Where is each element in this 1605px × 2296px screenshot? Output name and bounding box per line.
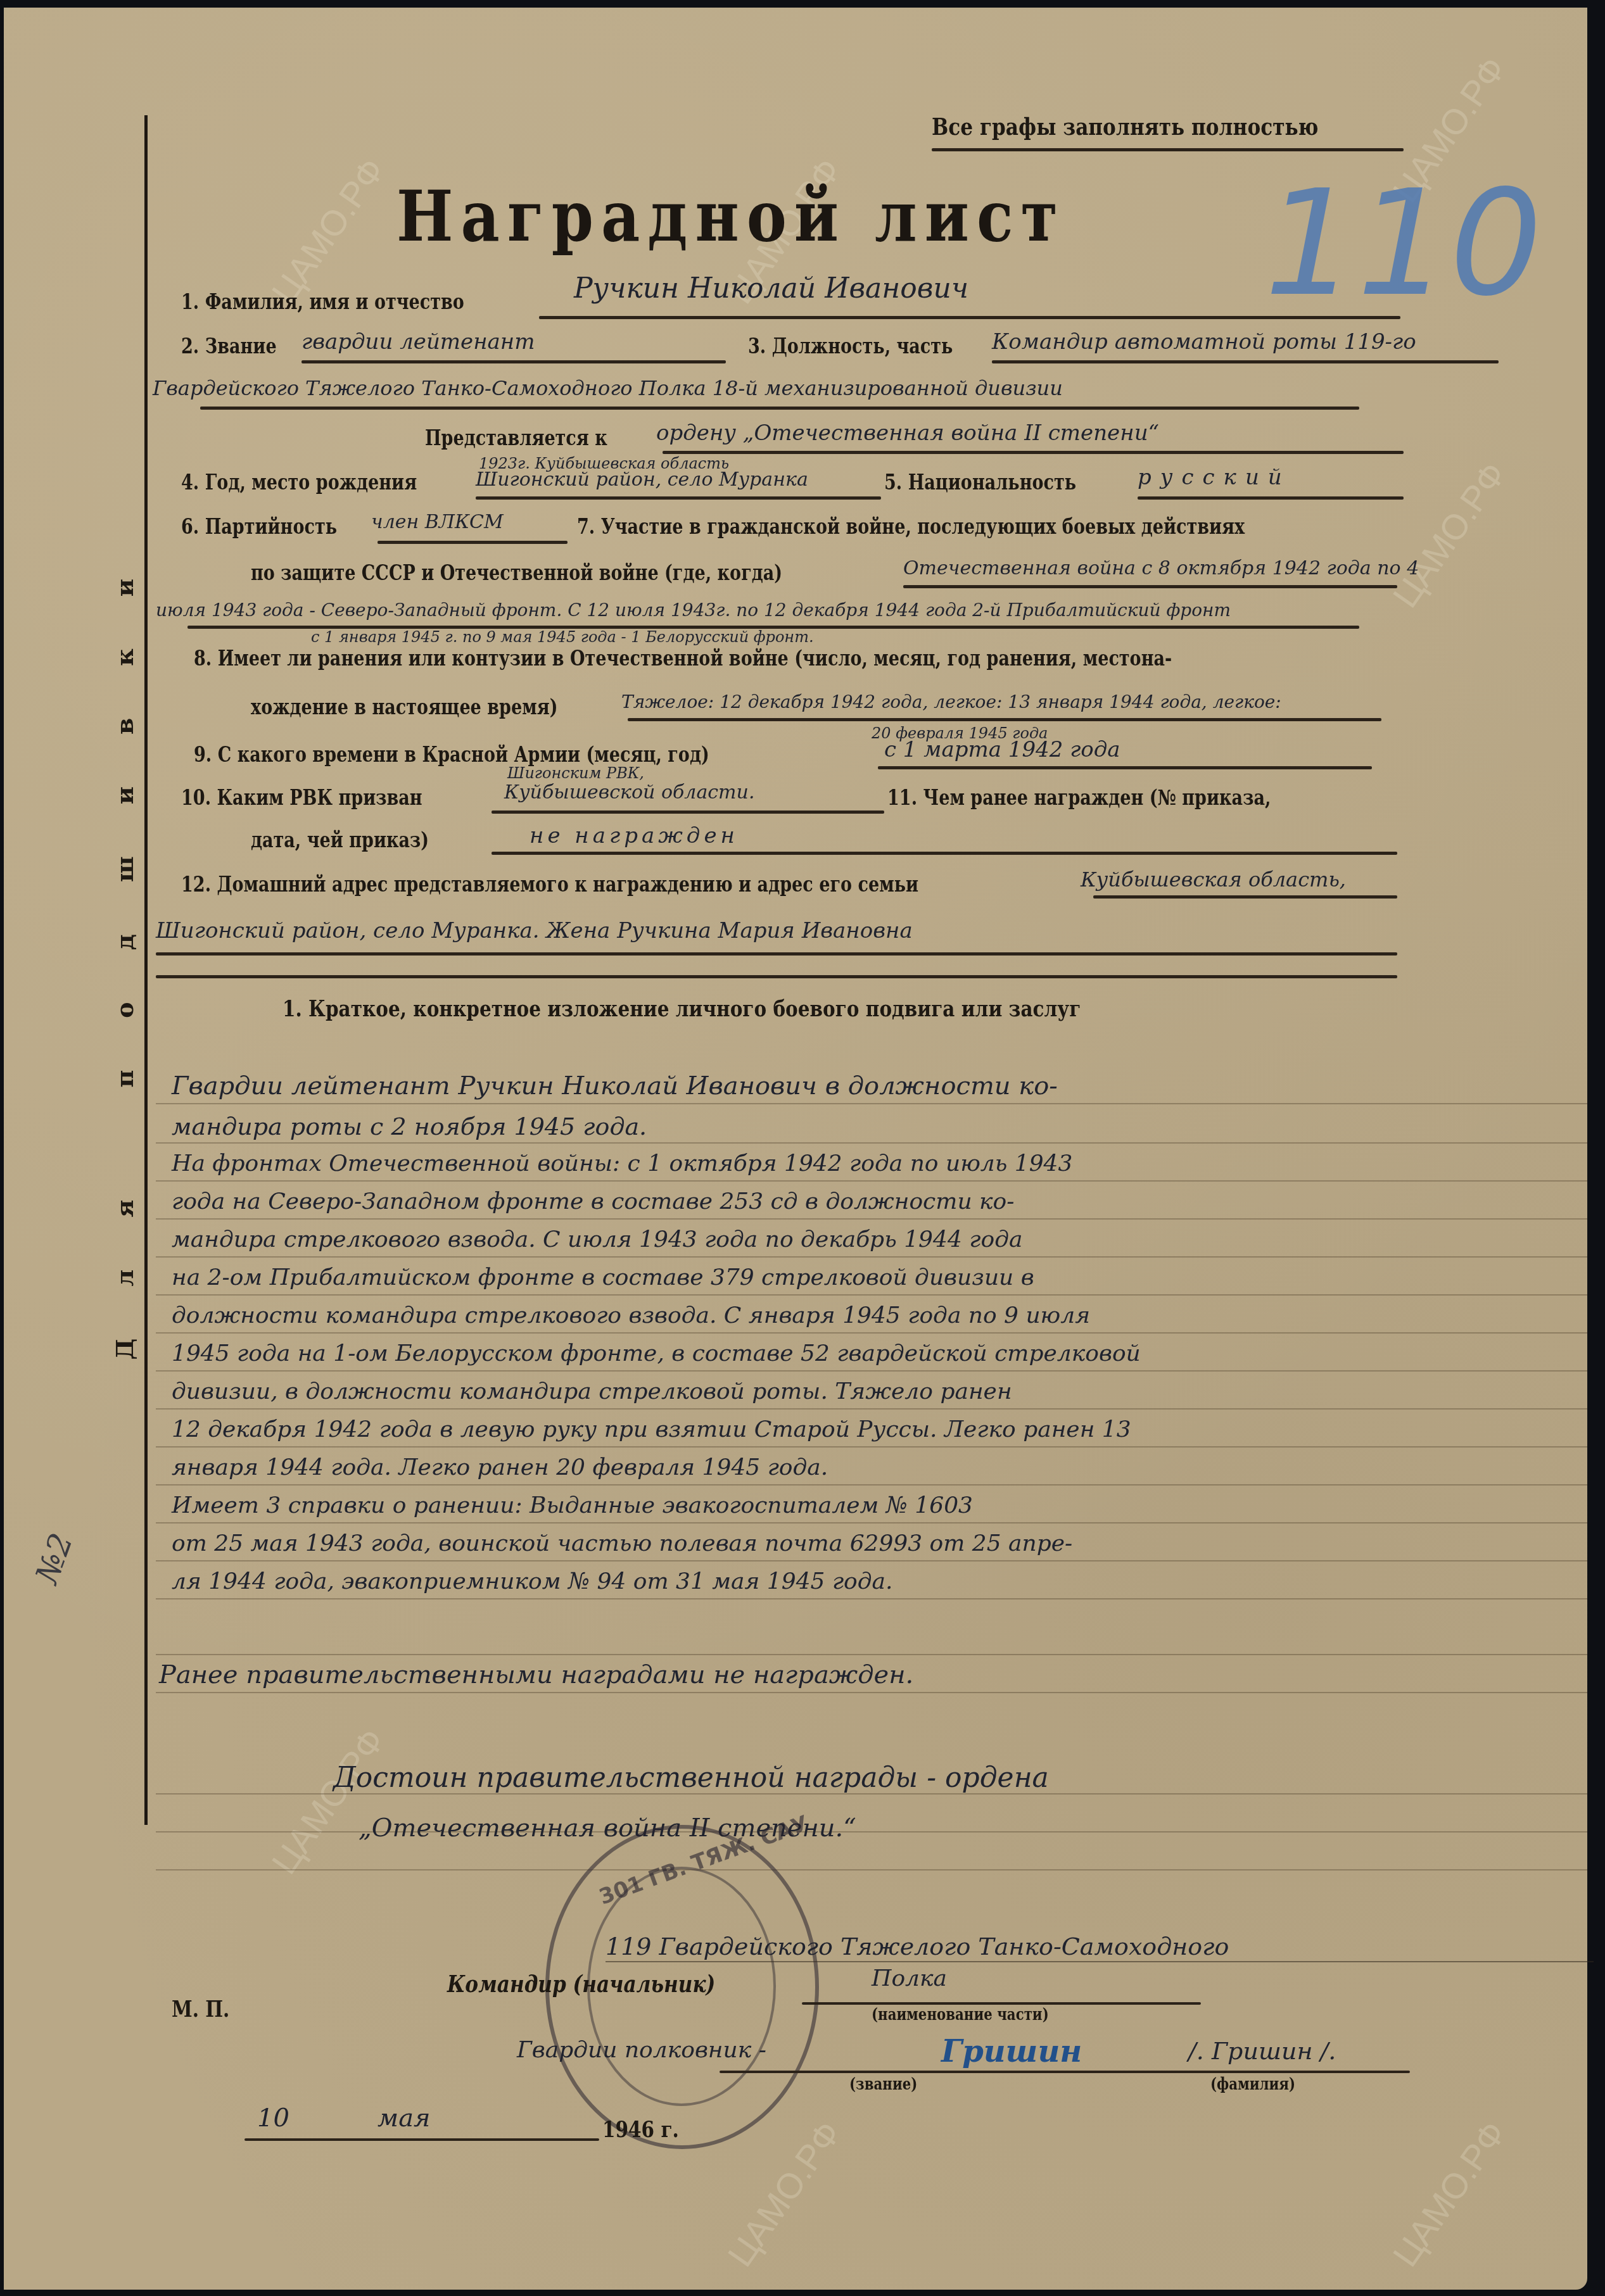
margin-note: №2 [29, 1529, 80, 1588]
field-11-underline [492, 852, 1397, 855]
date-month: мая [377, 2104, 431, 2133]
watermark: ЦАМО.РФ [263, 151, 393, 311]
field-12-underline [1093, 895, 1397, 899]
field-10-value: Куйбышевской области. [504, 781, 754, 804]
feat-heading: 1. Краткое, конкретное изложение личного… [282, 995, 1081, 1022]
rank-value: Гвардии полковник - [517, 2037, 766, 2063]
field-12-value-2: Шигонский район, село Муранка. Жена Ручк… [156, 918, 913, 943]
field-11-value: не награжден [530, 823, 739, 848]
date-day: 10 [257, 2104, 289, 2133]
field-7-value: Отечественная война с 8 октября 1942 год… [903, 557, 1419, 579]
document-page: ЦАМО.РФ ЦАМО.РФ ЦАМО.РФ ЦАМО.РФ ЦАМО.РФ … [4, 8, 1587, 2290]
field-3-underline-2 [200, 407, 1359, 410]
field-9-underline [878, 766, 1372, 769]
feat-line: года на Северо-Западном фронте в составе… [172, 1189, 1014, 1214]
field-8-label: 8. Имеет ли ранения или контузии в Отече… [194, 646, 1172, 671]
field-8-label-2: хождение в настоящее время) [251, 695, 557, 719]
field-5-value: русский [1138, 465, 1291, 490]
feat-line: ля 1944 года, эвакоприемником № 94 от 31… [172, 1568, 892, 1594]
signature-mark: Гришин [941, 2034, 1082, 2069]
field-5-label: 5. Национальность [884, 470, 1076, 495]
presented-label: Представляется к [425, 426, 607, 450]
presented-underline [663, 451, 1404, 454]
field-12-label: 12. Домашний адрес представляемого к наг… [181, 872, 918, 897]
field-1-underline [539, 316, 1400, 319]
feat-line: Имеет 3 справки о ранении: Выданные эвак… [172, 1492, 973, 1518]
field-10-underline [492, 811, 884, 814]
feat-line: 12 декабря 1942 года в левую руку при вз… [172, 1416, 1131, 1442]
field-1-label: 1. Фамилия, имя и отчество [181, 289, 464, 314]
field-8-value: Тяжелое: 12 декабря 1942 года, легкое: 1… [621, 691, 1281, 712]
watermark: ЦАМО.РФ [263, 1721, 393, 1881]
field-3-label: 3. Должность, часть [748, 334, 953, 358]
field-7-value-3: с 1 января 1945 г. по 9 мая 1945 года - … [311, 628, 814, 646]
field-2-label: 2. Звание [181, 334, 277, 358]
field-12-value: Куйбышевская область, [1081, 867, 1346, 892]
field-9-label: 9. С какого времени в Красной Армии (мес… [194, 742, 709, 767]
watermark: ЦАМО.РФ [720, 2114, 849, 2274]
feat-line: от 25 мая 1943 года, воинской частью пол… [172, 1530, 1072, 1556]
watermark: ЦАМО.РФ [1385, 455, 1514, 615]
feat-line: Гвардии лейтенант Ручкин Николай Иванови… [172, 1071, 1058, 1101]
field-7-label-2: по защите СССР и Отечественной войне (гд… [251, 560, 782, 585]
field-3-value-cont: Гвардейского Тяжелого Танко-Самоходного … [153, 376, 1063, 400]
field-6-underline [377, 541, 568, 544]
field-9-value: с 1 марта 1942 года [884, 737, 1120, 762]
no-prior-awards: Ранее правительственными наградами не на… [159, 1660, 913, 1689]
presented-value: ордену „Отечественная война II степени“ [656, 420, 1159, 446]
signature-unit-line: 119 Гвардейского Тяжелого Танко-Самоходн… [606, 1933, 1229, 1960]
date-underline [244, 2138, 599, 2141]
unit-underline [802, 2002, 1201, 2005]
field-11-label-2: дата, чей приказ) [251, 828, 429, 852]
feat-line: дивизии, в должности командира стрелково… [172, 1378, 1012, 1404]
field-1-value: Ручкин Николай Иванович [574, 272, 968, 305]
surname-caption: (фамилия) [1210, 2075, 1295, 2094]
rank-caption: (звание) [849, 2075, 917, 2094]
margin-label: Для подшивки [110, 527, 148, 1359]
field-6-label: 6. Партийность [181, 514, 337, 539]
field-7-underline [903, 585, 1397, 588]
unit-caption: (наименование части) [872, 2005, 1049, 2024]
field-5-underline [1138, 496, 1404, 500]
archive-number: 110 [1264, 160, 1542, 329]
field-4-label: 4. Год, место рождения [181, 470, 417, 495]
field-11-label: 11. Чем ранее награжден (№ приказа, [887, 785, 1271, 810]
field-10-value-top: Шигонским РВК, [507, 764, 644, 782]
feat-line: должности командира стрелкового взвода. … [172, 1303, 1090, 1328]
field-8-underline [628, 718, 1381, 721]
feat-line: на 2-ом Прибалтийском фронте в составе 3… [172, 1265, 1034, 1290]
field-2-underline [301, 360, 726, 363]
seal-place-label: М. П. [172, 1996, 229, 2022]
signature-underline [720, 2071, 1410, 2073]
instruction-text: Все графы заполнять полностью [932, 112, 1319, 141]
field-3-underline [992, 360, 1499, 363]
feat-line: января 1944 года. Легко ранен 20 февраля… [172, 1454, 828, 1480]
field-7-label: 7. Участие в гражданской войне, последую… [577, 514, 1245, 539]
field-3-value: Командир автоматной роты 119-го [992, 329, 1416, 355]
field-4-underline [476, 496, 881, 500]
field-12-underline-2 [156, 952, 1397, 956]
feat-line: На фронтах Отечественной войны: с 1 октя… [172, 1151, 1072, 1176]
conclusion-line-1: Достоин правительственной награды - орде… [333, 1762, 1049, 1794]
field-10-label: 10. Каким РВК призван [181, 785, 422, 810]
commander-label: Командир (начальник) [447, 1969, 715, 1998]
field-6-value: член ВЛКСМ [371, 511, 504, 533]
unit-value: Полка [872, 1965, 947, 1991]
date-year: 1946 г. [602, 2116, 679, 2143]
field-4-value: Шигонский район, село Муранка [476, 469, 808, 491]
field-12-underline-3 [156, 975, 1397, 978]
field-2-value: гвардии лейтенант [301, 329, 535, 355]
field-7-value-2: июля 1943 года - Северо-Западный фронт. … [156, 600, 1231, 621]
feat-line: 1945 года на 1-ом Белорусском фронте, в … [172, 1340, 1141, 1366]
page-title: Наградной лист [396, 175, 1065, 257]
feat-line: мандира стрелкового взвода. С июля 1943 … [172, 1227, 1022, 1252]
surname-value: /. Гришин /. [1188, 2037, 1336, 2065]
divider [932, 148, 1404, 151]
feat-line: мандира роты с 2 ноября 1945 года. [172, 1113, 647, 1140]
watermark: ЦАМО.РФ [1385, 2114, 1514, 2274]
